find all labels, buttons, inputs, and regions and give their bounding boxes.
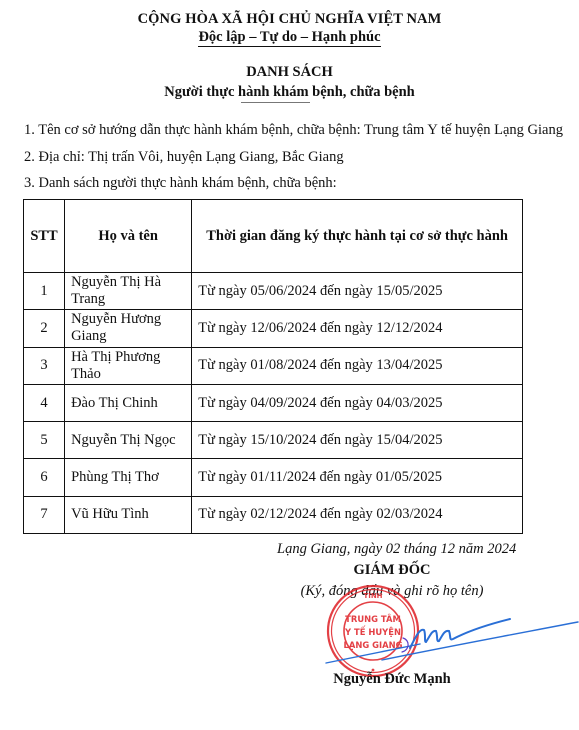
signature-scrawl — [410, 619, 510, 648]
row-name: Phùng Thị Thơ — [65, 459, 192, 496]
facility-name-paragraph: 1. Tên cơ sở hướng dẫn thực hành khám bệ… — [24, 122, 563, 139]
row-stt: 7 — [24, 496, 65, 533]
stamp-top-text: TỈNH — [363, 590, 382, 600]
row-period: Từ ngày 05/06/2024 đến ngày 15/05/2025 — [192, 273, 523, 310]
document-subtitle: Người thực hành khám bệnh, chữa bệnh — [0, 84, 579, 101]
row-period: Từ ngày 02/12/2024 đến ngày 02/03/2024 — [192, 496, 523, 533]
table-row: 7Vũ Hữu TìnhTừ ngày 02/12/2024 đến ngày … — [24, 496, 523, 533]
signer-name: Nguyễn Đức Mạnh — [277, 671, 507, 688]
table-row: 6Phùng Thị ThơTừ ngày 01/11/2024 đến ngà… — [24, 459, 523, 496]
row-stt: 3 — [24, 347, 65, 384]
table-row: 1Nguyễn Thị Hà TrangTừ ngày 05/06/2024 đ… — [24, 273, 523, 310]
signature-hook — [402, 638, 408, 652]
table-row: 2Nguyễn Hương GiangTừ ngày 12/06/2024 đế… — [24, 310, 523, 347]
table-row: 5Nguyễn Thị NgọcTừ ngày 15/10/2024 đến n… — [24, 422, 523, 459]
row-stt: 2 — [24, 310, 65, 347]
row-period: Từ ngày 01/08/2024 đến ngày 13/04/2025 — [192, 347, 523, 384]
row-name: Đào Thị Chinh — [65, 384, 192, 421]
table-row: 3Hà Thị Phương ThảoTừ ngày 01/08/2024 đế… — [24, 347, 523, 384]
table-header-row: STT Họ và tên Thời gian đăng ký thực hàn… — [24, 200, 523, 273]
row-period: Từ ngày 04/09/2024 đến ngày 04/03/2025 — [192, 384, 523, 421]
row-name: Nguyễn Thị Ngọc — [65, 422, 192, 459]
row-name: Nguyễn Thị Hà Trang — [65, 273, 192, 310]
motto: Độc lập – Tự do – Hạnh phúc — [0, 29, 579, 46]
row-stt: 6 — [24, 459, 65, 496]
row-period: Từ ngày 01/11/2024 đến ngày 01/05/2025 — [192, 459, 523, 496]
column-header-name: Họ và tên — [65, 200, 192, 273]
document-title: DANH SÁCH — [0, 64, 579, 81]
row-name: Vũ Hữu Tình — [65, 496, 192, 533]
subtitle-underline — [241, 102, 310, 103]
practitioner-table: STT Họ và tên Thời gian đăng ký thực hàn… — [23, 199, 523, 534]
nation-heading: CỘNG HÒA XÃ HỘI CHỦ NGHĨA VIỆT NAM — [0, 11, 579, 28]
table-row: 4Đào Thị ChinhTừ ngày 04/09/2024 đến ngà… — [24, 384, 523, 421]
row-stt: 5 — [24, 422, 65, 459]
address-paragraph: 2. Địa chỉ: Thị trấn Vôi, huyện Lạng Gia… — [24, 149, 344, 166]
motto-text: Độc lập – Tự do – Hạnh phúc — [198, 29, 380, 47]
row-period: Từ ngày 15/10/2024 đến ngày 15/04/2025 — [192, 422, 523, 459]
row-stt: 4 — [24, 384, 65, 421]
list-intro-paragraph: 3. Danh sách người thực hành khám bệnh, … — [24, 175, 337, 192]
signer-position: GIÁM ĐỐC — [277, 562, 507, 579]
column-header-period: Thời gian đăng ký thực hành tại cơ sở th… — [192, 200, 523, 273]
place-date: Lạng Giang, ngày 02 tháng 12 năm 2024 — [277, 541, 516, 558]
row-period: Từ ngày 12/06/2024 đến ngày 12/12/2024 — [192, 310, 523, 347]
column-header-stt: STT — [24, 200, 65, 273]
signature — [320, 600, 579, 670]
row-name: Nguyễn Hương Giang — [65, 310, 192, 347]
signature-stroke-lower-left — [326, 644, 420, 663]
row-stt: 1 — [24, 273, 65, 310]
row-name: Hà Thị Phương Thảo — [65, 347, 192, 384]
